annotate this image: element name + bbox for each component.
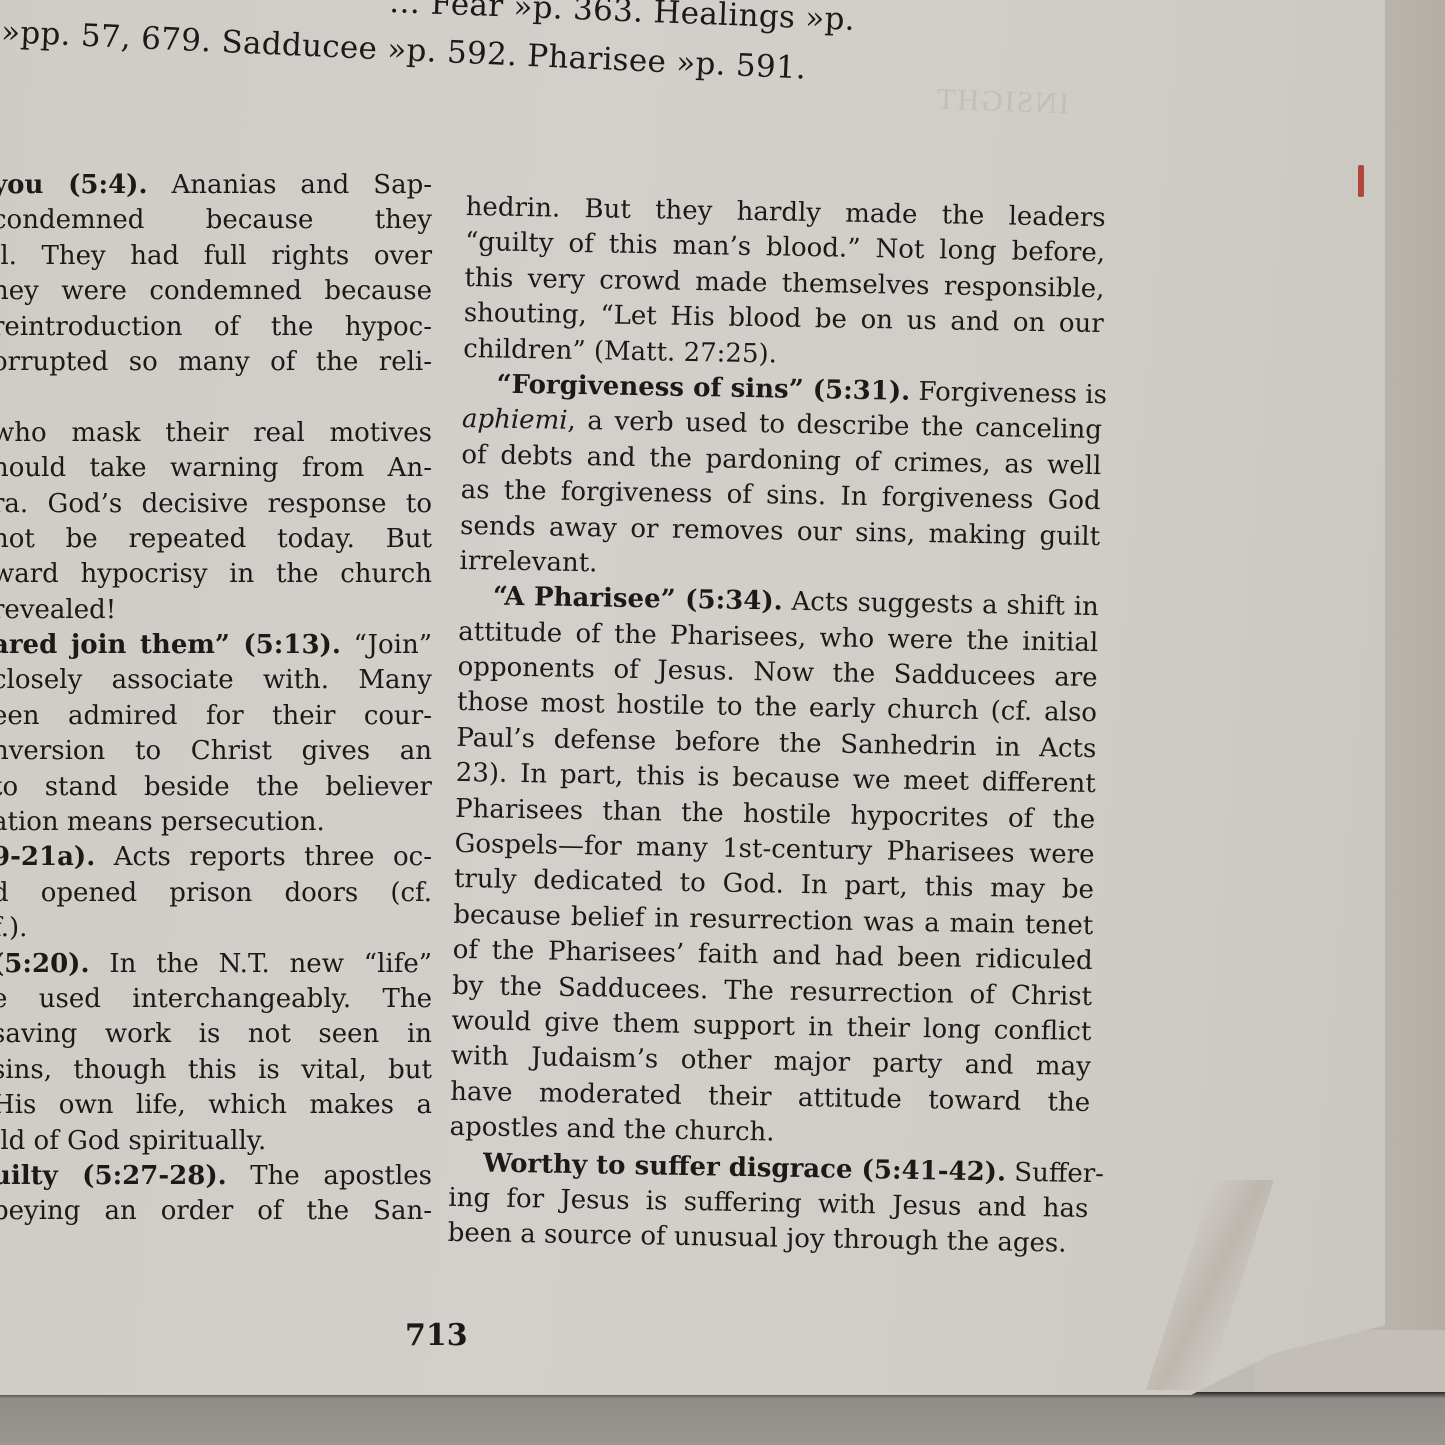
text-line: condemned because they bbox=[0, 203, 432, 238]
body-text: ation means persecution. bbox=[0, 807, 325, 837]
text-line: closely associate with. Many bbox=[0, 663, 432, 698]
body-text: Ananias and Sap- bbox=[148, 170, 432, 200]
body-text: f.). bbox=[0, 913, 27, 943]
table-surface bbox=[0, 1392, 1445, 1445]
body-text: revealed! bbox=[0, 595, 116, 625]
body-text: beying an order of the San- bbox=[0, 1196, 432, 1226]
body-text: not be repeated today. But bbox=[0, 524, 432, 554]
book-page: INSIGHT … Fear »p. 363. Healings »p. »pp… bbox=[0, 0, 1385, 1395]
text-line: who mask their real motives bbox=[0, 416, 432, 451]
body-text: reintroduction of the hypoc- bbox=[0, 312, 432, 342]
left-text-column: you (5:4). Ananias and Sap-condemned bec… bbox=[0, 168, 432, 1230]
body-text: irrelevant. bbox=[459, 546, 597, 578]
body-text: d opened prison doors (cf. bbox=[0, 878, 432, 908]
body-text: ward hypocrisy in the church bbox=[0, 559, 432, 589]
entry-heading: “A Pharisee” (5:34). bbox=[493, 582, 783, 617]
cross-reference-line-1: … Fear »p. 363. Healings »p. bbox=[389, 0, 856, 38]
text-line: hey were condemned because bbox=[0, 274, 432, 309]
body-text: ra. God’s decisive response to bbox=[0, 489, 432, 519]
text-line: sins, though this is vital, but bbox=[0, 1053, 432, 1088]
body-text: e used interchangeably. The bbox=[0, 984, 432, 1014]
body-text: His own life, which makes a bbox=[0, 1090, 432, 1120]
text-line: een admired for their cour- bbox=[0, 699, 432, 734]
greek-term: aphiemi bbox=[462, 404, 568, 436]
text-line: 9-21a). Acts reports three oc- bbox=[0, 840, 432, 875]
text-line: . bbox=[0, 380, 432, 415]
text-line: e used interchangeably. The bbox=[0, 982, 432, 1017]
text-line: nversion to Christ gives an bbox=[0, 734, 432, 769]
body-text: condemned because they bbox=[0, 205, 432, 235]
red-spine-mark bbox=[1358, 165, 1364, 197]
bleed-through-text: INSIGHT bbox=[934, 83, 1069, 122]
text-line: (5:20). In the N.T. new “life” bbox=[0, 947, 432, 982]
right-text-column: hedrin. But they hardly made the leaders… bbox=[447, 190, 1105, 1263]
page-number: 713 bbox=[405, 1318, 468, 1353]
body-text: Suffer- bbox=[1006, 1157, 1104, 1189]
text-line: you (5:4). Ananias and Sap- bbox=[0, 168, 432, 203]
body-text: ll. They had full rights over bbox=[0, 241, 432, 271]
text-line: uilty (5:27-28). The apostles bbox=[0, 1159, 432, 1194]
body-text: Acts reports three oc- bbox=[95, 842, 432, 872]
body-text: , a verb used to describe the canceling bbox=[567, 406, 1102, 445]
entry-heading: Worthy to suffer disgrace (5:41-42). bbox=[483, 1148, 1007, 1187]
body-text: orrupted so many of the reli- bbox=[0, 347, 432, 377]
body-text: een admired for their cour- bbox=[0, 701, 432, 731]
entry-heading: 9-21a). bbox=[0, 842, 95, 872]
text-line: His own life, which makes a bbox=[0, 1088, 432, 1123]
text-line: f.). bbox=[0, 911, 432, 946]
text-line: orrupted so many of the reli- bbox=[0, 345, 432, 380]
text-line: ation means persecution. bbox=[0, 805, 432, 840]
text-line: d opened prison doors (cf. bbox=[0, 876, 432, 911]
body-text: ild of God spiritually. bbox=[0, 1126, 266, 1156]
body-text: to stand beside the believer bbox=[0, 772, 432, 802]
body-text: Acts suggests a shift in bbox=[782, 587, 1099, 623]
text-line: beying an order of the San- bbox=[0, 1194, 432, 1229]
text-line: ward hypocrisy in the church bbox=[0, 557, 432, 592]
text-line: ra. God’s decisive response to bbox=[0, 487, 432, 522]
body-text: “Join” bbox=[341, 630, 432, 660]
text-line: reintroduction of the hypoc- bbox=[0, 310, 432, 345]
page-crease bbox=[1146, 1180, 1274, 1390]
entry-heading: you (5:4). bbox=[0, 170, 148, 200]
book-photo: INSIGHT … Fear »p. 363. Healings »p. »pp… bbox=[0, 0, 1445, 1445]
body-text: The apostles bbox=[227, 1161, 432, 1191]
body-text: who mask their real motives bbox=[0, 418, 432, 448]
body-text: apostles and the church. bbox=[449, 1112, 774, 1148]
entry-heading: “Forgiveness of sins” (5:31). bbox=[496, 370, 910, 407]
text-line: ild of God spiritually. bbox=[0, 1124, 432, 1159]
text-line: hould take warning from An- bbox=[0, 451, 432, 486]
text-line: revealed! bbox=[0, 593, 432, 628]
body-text: saving work is not seen in bbox=[0, 1019, 432, 1049]
body-text: hey were condemned because bbox=[0, 276, 432, 306]
body-text: Forgiveness is bbox=[910, 377, 1107, 410]
body-text: children” (Matt. 27:25). bbox=[463, 334, 777, 369]
body-text: hould take warning from An- bbox=[0, 453, 432, 483]
body-text: closely associate with. Many bbox=[0, 665, 432, 695]
text-line: ared join them” (5:13). “Join” bbox=[0, 628, 432, 663]
entry-heading: ared join them” (5:13). bbox=[0, 630, 341, 660]
text-line: to stand beside the believer bbox=[0, 770, 432, 805]
entry-heading: (5:20). bbox=[0, 949, 90, 979]
body-text: sins, though this is vital, but bbox=[0, 1055, 432, 1085]
body-text: nversion to Christ gives an bbox=[0, 736, 432, 766]
body-text: In the N.T. new “life” bbox=[90, 949, 432, 979]
text-line: ll. They had full rights over bbox=[0, 239, 432, 274]
text-line: saving work is not seen in bbox=[0, 1017, 432, 1052]
entry-heading: uilty (5:27-28). bbox=[0, 1161, 227, 1191]
text-line: not be repeated today. But bbox=[0, 522, 432, 557]
